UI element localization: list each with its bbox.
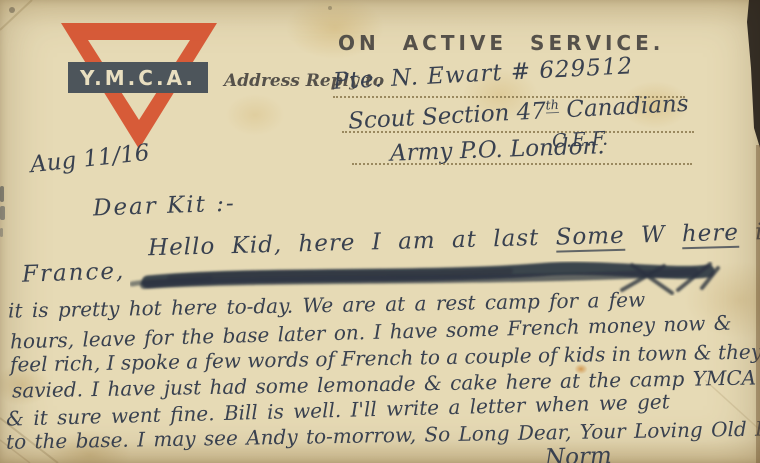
unit-line: Scout Section 47th Canadians xyxy=(348,92,690,133)
letter-line-1: Hello Kid, here I am at last Some W here… xyxy=(148,221,760,261)
unit-line-ordinal: th xyxy=(545,97,559,114)
unit-line-text: Scout Section 47 xyxy=(348,98,547,134)
letter-line-1-text: W xyxy=(624,221,682,248)
postcard: Y.M.C.A. ON ACTIVE SERVICE. Address Repl… xyxy=(0,0,760,463)
salutation: Dear Kit :- xyxy=(93,193,236,221)
date-handwritten: Aug 11/16 xyxy=(29,142,150,177)
signature: Norm xyxy=(545,445,613,463)
service-title: ON ACTIVE SERVICE. xyxy=(338,31,664,55)
letter-line-1-text: in xyxy=(739,219,760,246)
underlined-word-some: Some xyxy=(555,223,625,253)
unit-line-text2: Canadians xyxy=(558,91,689,124)
letter-line-1-text: Hello Kid, here I am at last xyxy=(148,225,556,262)
soldier-name-line: Pte. N. Ewart # 629512 xyxy=(333,55,634,94)
dotted-rule xyxy=(352,163,692,165)
underlined-word-here: here xyxy=(682,220,740,249)
army-po-line: Army P.O. London. xyxy=(390,135,605,165)
dotted-rule xyxy=(342,131,694,133)
ymca-triangle-icon: Y.M.C.A. xyxy=(58,20,220,152)
torn-edge xyxy=(747,0,760,148)
letter-line-2: France, xyxy=(22,260,126,287)
ymca-logo-label: Y.M.C.A. xyxy=(79,66,196,90)
ymca-logo: Y.M.C.A. xyxy=(58,20,220,152)
